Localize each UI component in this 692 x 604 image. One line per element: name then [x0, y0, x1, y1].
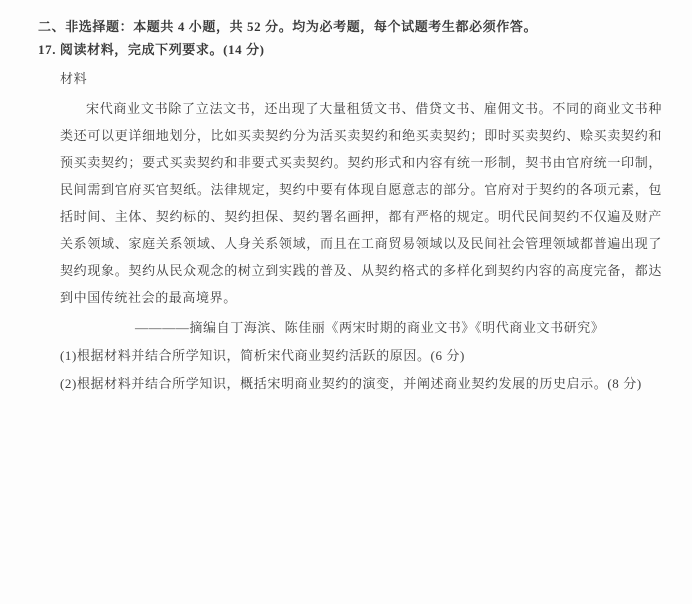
source-citation: ————摘编自丁海滨、陈佳丽《两宋时期的商业文书》《明代商业文书研究》 — [135, 314, 662, 341]
question-17-intro: 17. 阅读材料，完成下列要求。(14 分) — [38, 39, 662, 61]
sub-question-2: (2)根据材料并结合所学知识，概括宋明商业契约的演变，并阐述商业契约发展的历史启… — [60, 370, 662, 397]
exam-page: 二、非选择题：本题共 4 小题，共 52 分。均为必考题，每个试题考生都必须作答… — [0, 0, 692, 604]
material-block: 材料 宋代商业文书除了立法文书，还出现了大量租赁文书、借贷文书、雇佣文书。不同的… — [60, 68, 662, 341]
section-header: 二、非选择题：本题共 4 小题，共 52 分。均为必考题，每个试题考生都必须作答… — [38, 16, 662, 38]
sub-question-1: (1)根据材料并结合所学知识，简析宋代商业契约活跃的原因。(6 分) — [60, 342, 662, 369]
questions-block: (1)根据材料并结合所学知识，简析宋代商业契约活跃的原因。(6 分) (2)根据… — [60, 342, 662, 397]
material-label: 材料 — [60, 68, 662, 90]
material-paragraph: 宋代商业文书除了立法文书，还出现了大量租赁文书、借贷文书、雇佣文书。不同的商业文… — [60, 95, 662, 311]
